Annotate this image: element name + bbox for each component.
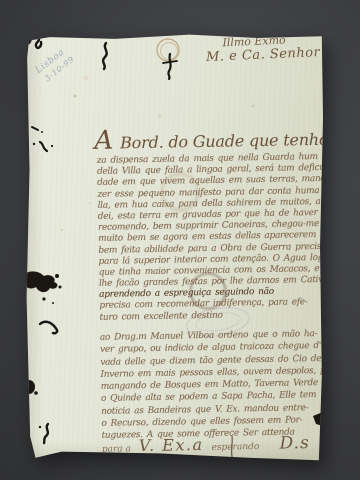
right-edge-ink-blot bbox=[313, 412, 323, 426]
ink-blot-satellite bbox=[42, 297, 45, 300]
ink-blots-overlay bbox=[26, 32, 323, 460]
ink-cross-bar bbox=[163, 61, 177, 63]
top-right-ink-speck bbox=[307, 30, 311, 33]
small-ink-blot-dot bbox=[34, 391, 38, 395]
small-ink-blot bbox=[23, 380, 35, 394]
top-ink-squiggle bbox=[103, 43, 107, 69]
ink-blot-satellite bbox=[55, 274, 59, 278]
manuscript-page-wrapper: Lisboa 3-10-99 Illmo Exmo M. e Ca. Senho… bbox=[26, 32, 323, 462]
ink-hook-stroke bbox=[44, 424, 48, 443]
left-edge-dot bbox=[33, 143, 35, 145]
manuscript-page: Lisboa 3-10-99 Illmo Exmo M. e Ca. Senho… bbox=[26, 32, 323, 462]
photo-backdrop: Lisboa 3-10-99 Illmo Exmo M. e Ca. Senho… bbox=[0, 0, 360, 480]
corner-ink-squiggle bbox=[29, 35, 41, 48]
left-edge-dot bbox=[51, 145, 53, 147]
ink-blot-satellite bbox=[52, 302, 54, 304]
large-ink-blot bbox=[24, 271, 58, 292]
pen-stroke-vertical bbox=[232, 436, 233, 460]
hook-stroke-dot bbox=[39, 426, 41, 428]
left-edge-hook bbox=[40, 142, 47, 151]
left-edge-dash bbox=[32, 127, 38, 130]
left-edge-dot bbox=[41, 131, 43, 133]
ink-curve-stroke bbox=[40, 322, 57, 334]
ink-cross-stroke bbox=[168, 54, 170, 79]
ink-blot-satellite bbox=[59, 286, 62, 289]
